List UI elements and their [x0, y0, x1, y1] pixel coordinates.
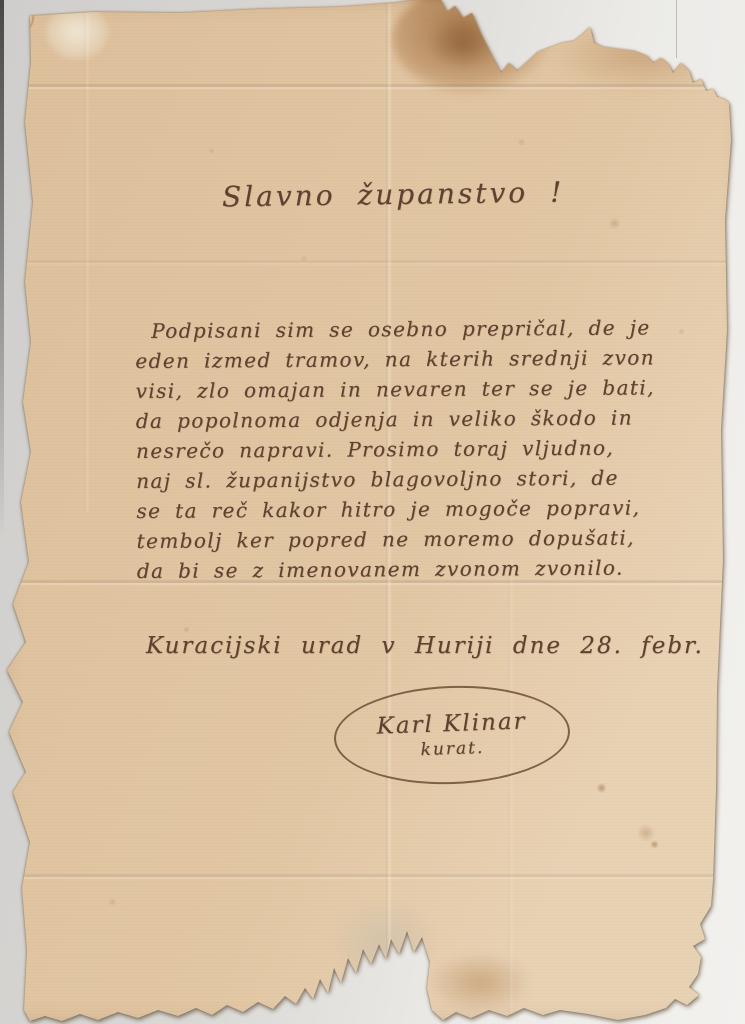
- fox-spot: [517, 138, 526, 146]
- vertical-fold-line: [508, 560, 514, 1024]
- signature-title: kurat.: [420, 738, 484, 760]
- letter-body: Podpisani sim se osebno prepričal, de je…: [135, 312, 712, 586]
- body-line: naj sl. županijstvo blagovoljno stori, d…: [136, 462, 711, 496]
- top-right-stain: [552, 18, 732, 92]
- letter-paper: Slavno županstvo ! Podpisani sim se oseb…: [0, 0, 745, 1024]
- bottom-tear-fringe: [332, 900, 436, 984]
- horizontal-fold-line: [0, 874, 745, 880]
- body-line: da popolnoma odjenja in veliko škodo in: [136, 402, 711, 436]
- fox-spot: [183, 626, 190, 633]
- top-left-damage-patch: [44, 3, 110, 61]
- fox-spot: [650, 840, 659, 849]
- fox-spot: [636, 824, 656, 842]
- paper-shadow-wrapper: Slavno županstvo ! Podpisani sim se oseb…: [0, 0, 745, 1024]
- scanned-letter-page: Slavno županstvo ! Podpisani sim se oseb…: [0, 0, 745, 1024]
- signature-name: Karl Klinar: [376, 708, 527, 739]
- fox-spot: [596, 783, 607, 793]
- fox-spot: [678, 328, 685, 335]
- salutation-line: Slavno županstvo !: [222, 176, 565, 214]
- fox-spot: [208, 148, 215, 154]
- fox-spot: [608, 218, 621, 229]
- top-left-stain-ring: [0, 0, 40, 41]
- vertical-fold-line: [84, 0, 90, 512]
- signature-oval: Karl Klinar kurat.: [332, 682, 571, 788]
- horizontal-fold-line: [0, 580, 745, 586]
- body-line: Podpisani sim se osebno prepričal, de je: [135, 312, 710, 346]
- body-line: da bi se z imenovanem zvonom zvonilo.: [137, 552, 712, 586]
- vertical-fold-line: [386, 0, 392, 1024]
- bottom-stain: [428, 952, 532, 1014]
- top-tear-stain-dark: [428, 18, 498, 70]
- body-line: eden izmed tramov, na kterih srednji zvo…: [135, 342, 710, 376]
- body-line: visi, zlo omajan in nevaren ter se je ba…: [135, 372, 710, 406]
- fox-spot: [108, 898, 117, 906]
- dateline: Kuracijski urad v Huriji dne 28. febr. 1…: [146, 633, 745, 659]
- body-line: se ta reč kakor hitro je mogoče popravi,: [136, 492, 711, 526]
- fox-spot: [300, 255, 308, 262]
- body-line: nesrečo napravi. Prosimo toraj vljudno,: [136, 432, 711, 466]
- horizontal-fold-line: [0, 260, 745, 266]
- body-line: tembolj ker popred ne moremo dopušati,: [137, 522, 712, 556]
- horizontal-fold-line: [0, 84, 745, 90]
- top-tear-stain: [392, 0, 552, 94]
